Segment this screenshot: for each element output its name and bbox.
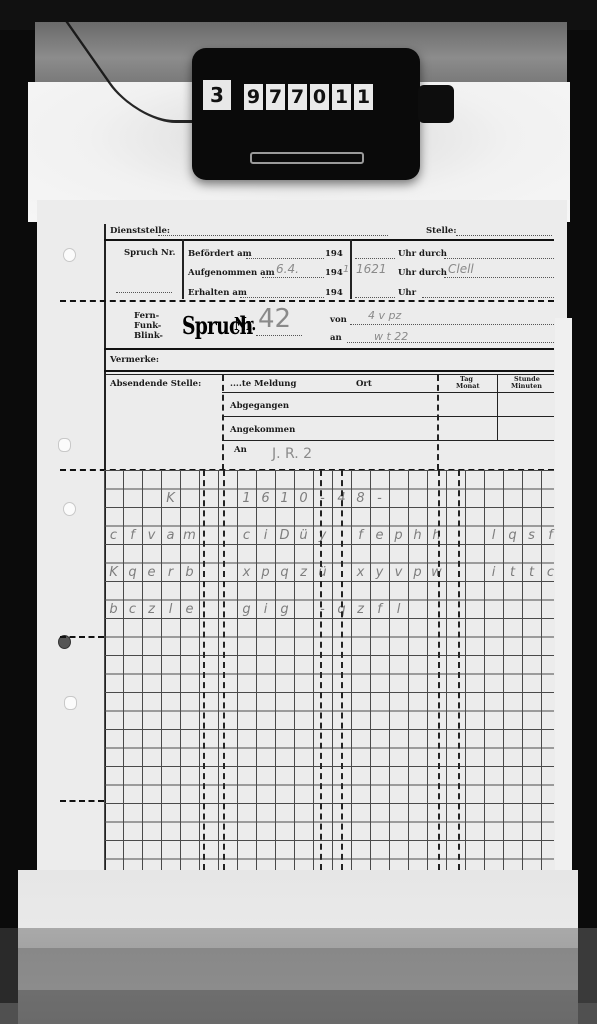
grid-cell: r xyxy=(161,563,180,581)
grid-cell: x xyxy=(237,563,256,581)
margin-mark xyxy=(60,636,104,638)
grid-cell: 6 xyxy=(256,489,275,507)
von-label: von xyxy=(330,315,347,325)
grid-cell: a xyxy=(161,526,180,544)
grid-group-divider xyxy=(438,470,440,870)
grid-cell: ü xyxy=(294,526,313,544)
grid-cell xyxy=(199,489,218,507)
divider xyxy=(104,370,554,372)
grid-cell: c xyxy=(104,526,123,544)
stelle-field[interactable] xyxy=(456,235,552,236)
divider xyxy=(350,239,352,299)
befoerdert-year: 194 xyxy=(325,249,343,259)
grid-cell: 0 xyxy=(294,489,313,507)
divider xyxy=(222,392,554,393)
punch-hole xyxy=(58,438,71,452)
aufgenommen-year-suffix: 1 xyxy=(343,264,349,275)
cut-line xyxy=(60,300,554,302)
grid-cell xyxy=(218,489,237,507)
an-row-value: J. R. 2 xyxy=(272,446,312,462)
grid-cell: t xyxy=(522,563,541,581)
grid-cell: z xyxy=(351,600,370,618)
grid-cell xyxy=(142,489,161,507)
erhalten-date-field[interactable] xyxy=(240,297,324,298)
grid-cell: - xyxy=(313,600,332,618)
grid-cell: f xyxy=(351,526,370,544)
spruch-number-value: 42 xyxy=(258,304,291,334)
grid-row: cfvamciDüyfephhlqsf xyxy=(104,526,554,544)
aufgenommen-by-field[interactable] xyxy=(444,277,554,278)
grid-cell: t xyxy=(503,563,522,581)
grid-cell: m xyxy=(180,526,199,544)
grid-cell: p xyxy=(408,563,427,581)
grid-cell: c xyxy=(237,526,256,544)
punch-hole xyxy=(64,696,77,710)
grid-cell: c xyxy=(123,600,142,618)
grid-row: Kqerbxpqzüxyvpwittc xyxy=(104,563,554,581)
grid-cell xyxy=(446,526,465,544)
grid-cell: e xyxy=(370,526,389,544)
grid-cell: y xyxy=(313,526,332,544)
counter-slot xyxy=(250,152,364,164)
spruch-nr-box-field[interactable] xyxy=(116,292,172,293)
erhalten-time-field[interactable] xyxy=(355,297,395,298)
grid-cell xyxy=(199,563,218,581)
grid-cell: i xyxy=(256,600,275,618)
divider xyxy=(222,416,554,417)
von-value: 4 v pz xyxy=(368,309,401,322)
column-divider xyxy=(497,375,498,440)
befoerdert-uhr-durch-label: Uhr durch xyxy=(398,249,447,259)
grid-cell: e xyxy=(142,563,161,581)
erhalten-uhr-label: Uhr xyxy=(398,288,416,298)
grid-cell: l xyxy=(389,600,408,618)
counter-digit: 1 xyxy=(332,84,351,110)
grid-cell: e xyxy=(180,600,199,618)
grid-cell xyxy=(218,600,237,618)
minuten-label: Minuten xyxy=(511,383,542,390)
von-field[interactable] xyxy=(350,324,554,325)
margin-mark xyxy=(60,800,104,802)
counter-digit: 0 xyxy=(310,84,329,110)
grid-cell: - xyxy=(313,489,332,507)
nr-label: Nr. xyxy=(234,314,255,335)
grid-cell: z xyxy=(294,563,313,581)
pixelated-area xyxy=(18,870,578,1024)
counter-digit: 7 xyxy=(266,84,285,110)
befoerdert-by-field[interactable] xyxy=(444,258,554,259)
grid-cell: q xyxy=(503,526,522,544)
grid-cell: q xyxy=(123,563,142,581)
grid-cell: f xyxy=(123,526,142,544)
aufgenommen-uhr-durch-label: Uhr durch xyxy=(398,268,447,278)
grid-group-divider xyxy=(203,470,205,870)
grid-cell: s xyxy=(522,526,541,544)
divider xyxy=(104,348,554,350)
counter-knob xyxy=(418,85,454,123)
ort-label: Ort xyxy=(356,379,372,389)
grid-cell: f xyxy=(541,526,560,544)
grid-group-divider xyxy=(223,470,225,870)
grid-cell: 1 xyxy=(275,489,294,507)
an-label: an xyxy=(330,333,342,343)
grid-row: bczlegig-qzfl xyxy=(104,600,554,618)
counter-digit: 1 xyxy=(354,84,373,110)
grid-cell: b xyxy=(180,563,199,581)
column-divider xyxy=(437,375,439,470)
grid-cell: 1 xyxy=(237,489,256,507)
stelle-label: Stelle: xyxy=(426,226,456,236)
grid-cell: 8 xyxy=(351,489,370,507)
grid-cell xyxy=(104,489,123,507)
grid-group-divider xyxy=(341,470,343,870)
grid-cell: l xyxy=(161,600,180,618)
aufgenommen-year: 194 xyxy=(325,268,343,278)
grid-cell xyxy=(294,600,313,618)
grid-cell: K xyxy=(161,489,180,507)
grid-cell xyxy=(180,489,199,507)
counter-prefix: 3 xyxy=(203,80,231,110)
grid-cell xyxy=(465,526,484,544)
grid-cell: z xyxy=(142,600,161,618)
grid-cell: v xyxy=(389,563,408,581)
grid-cell: i xyxy=(484,563,503,581)
grid-cell: b xyxy=(104,600,123,618)
grid-cell xyxy=(218,563,237,581)
befoerdert-time-field[interactable] xyxy=(355,258,395,259)
punch-hole xyxy=(63,248,76,262)
grid-cell: v xyxy=(142,526,161,544)
aufgenommen-time-value: 1621 xyxy=(356,262,387,276)
grid-cell xyxy=(199,526,218,544)
spruch-nr-box-label: Spruch Nr. xyxy=(124,248,175,258)
funk-label: Funk- xyxy=(134,322,161,331)
divider xyxy=(104,374,554,375)
erhalten-year: 194 xyxy=(325,288,343,298)
grid-cell: K xyxy=(104,563,123,581)
an-row-label: An xyxy=(234,445,247,455)
divider xyxy=(222,440,554,441)
dienststelle-field[interactable] xyxy=(158,235,388,236)
grid-cell: D xyxy=(275,526,294,544)
befoerdert-date-field[interactable] xyxy=(246,258,324,259)
grid-cell: f xyxy=(370,600,389,618)
counter-digit: 7 xyxy=(288,84,307,110)
grid-cell: h xyxy=(427,526,446,544)
grid-cell: l xyxy=(484,526,503,544)
meldung-label: ....te Meldung xyxy=(230,379,296,389)
grid-cell: h xyxy=(408,526,427,544)
vermerke-label: Vermerke: xyxy=(110,355,159,365)
grid-cell xyxy=(446,563,465,581)
grid-group-divider xyxy=(458,470,460,870)
grid-cell: w xyxy=(427,563,446,581)
grid-cell: i xyxy=(256,526,275,544)
erhalten-label: Erhalten am xyxy=(188,288,247,298)
grid-cell xyxy=(465,563,484,581)
punch-hole xyxy=(63,502,76,516)
grid-cell: x xyxy=(351,563,370,581)
grid-cell: p xyxy=(389,526,408,544)
aufgenommen-date-field[interactable] xyxy=(262,277,324,278)
grid-cell: ü xyxy=(313,563,332,581)
underlying-sheet-edge xyxy=(555,318,572,878)
grid-cell xyxy=(123,489,142,507)
message-grid[interactable]: K1610-48- cfvamciDüyfephhlqsf Kqerbxpqzü… xyxy=(104,470,554,870)
an-value: w t 22 xyxy=(374,330,408,343)
fern-label: Fern- xyxy=(134,312,159,321)
grid-cell: - xyxy=(370,489,389,507)
spruch-number-field[interactable] xyxy=(256,335,302,336)
column-divider xyxy=(222,375,224,470)
grid-cell: q xyxy=(275,563,294,581)
grid-row: K1610-48- xyxy=(104,489,554,507)
grid-cell: c xyxy=(541,563,560,581)
aufgenommen-by-value: Clell xyxy=(448,262,474,276)
befoerdert-label: Befördert am xyxy=(188,249,252,259)
counter-digits: 9 7 7 0 1 1 xyxy=(244,84,373,110)
grid-cell xyxy=(218,526,237,544)
abgegangen-label: Abgegangen xyxy=(230,401,289,411)
blink-label: Blink- xyxy=(134,332,163,341)
counter-digit: 9 xyxy=(244,84,263,110)
monat-label: Monat xyxy=(456,383,479,390)
grid-cell xyxy=(199,600,218,618)
absendende-stelle-label: Absendende Stelle: xyxy=(110,379,201,389)
grid-cell: p xyxy=(256,563,275,581)
grid-cell: g xyxy=(237,600,256,618)
aufgenommen-date-value: 6.4. xyxy=(276,262,299,276)
grid-cell: y xyxy=(370,563,389,581)
angekommen-label: Angekommen xyxy=(230,425,295,435)
grid-group-divider xyxy=(320,470,322,870)
grid-cell: g xyxy=(275,600,294,618)
erhalten-by-field[interactable] xyxy=(422,297,554,298)
